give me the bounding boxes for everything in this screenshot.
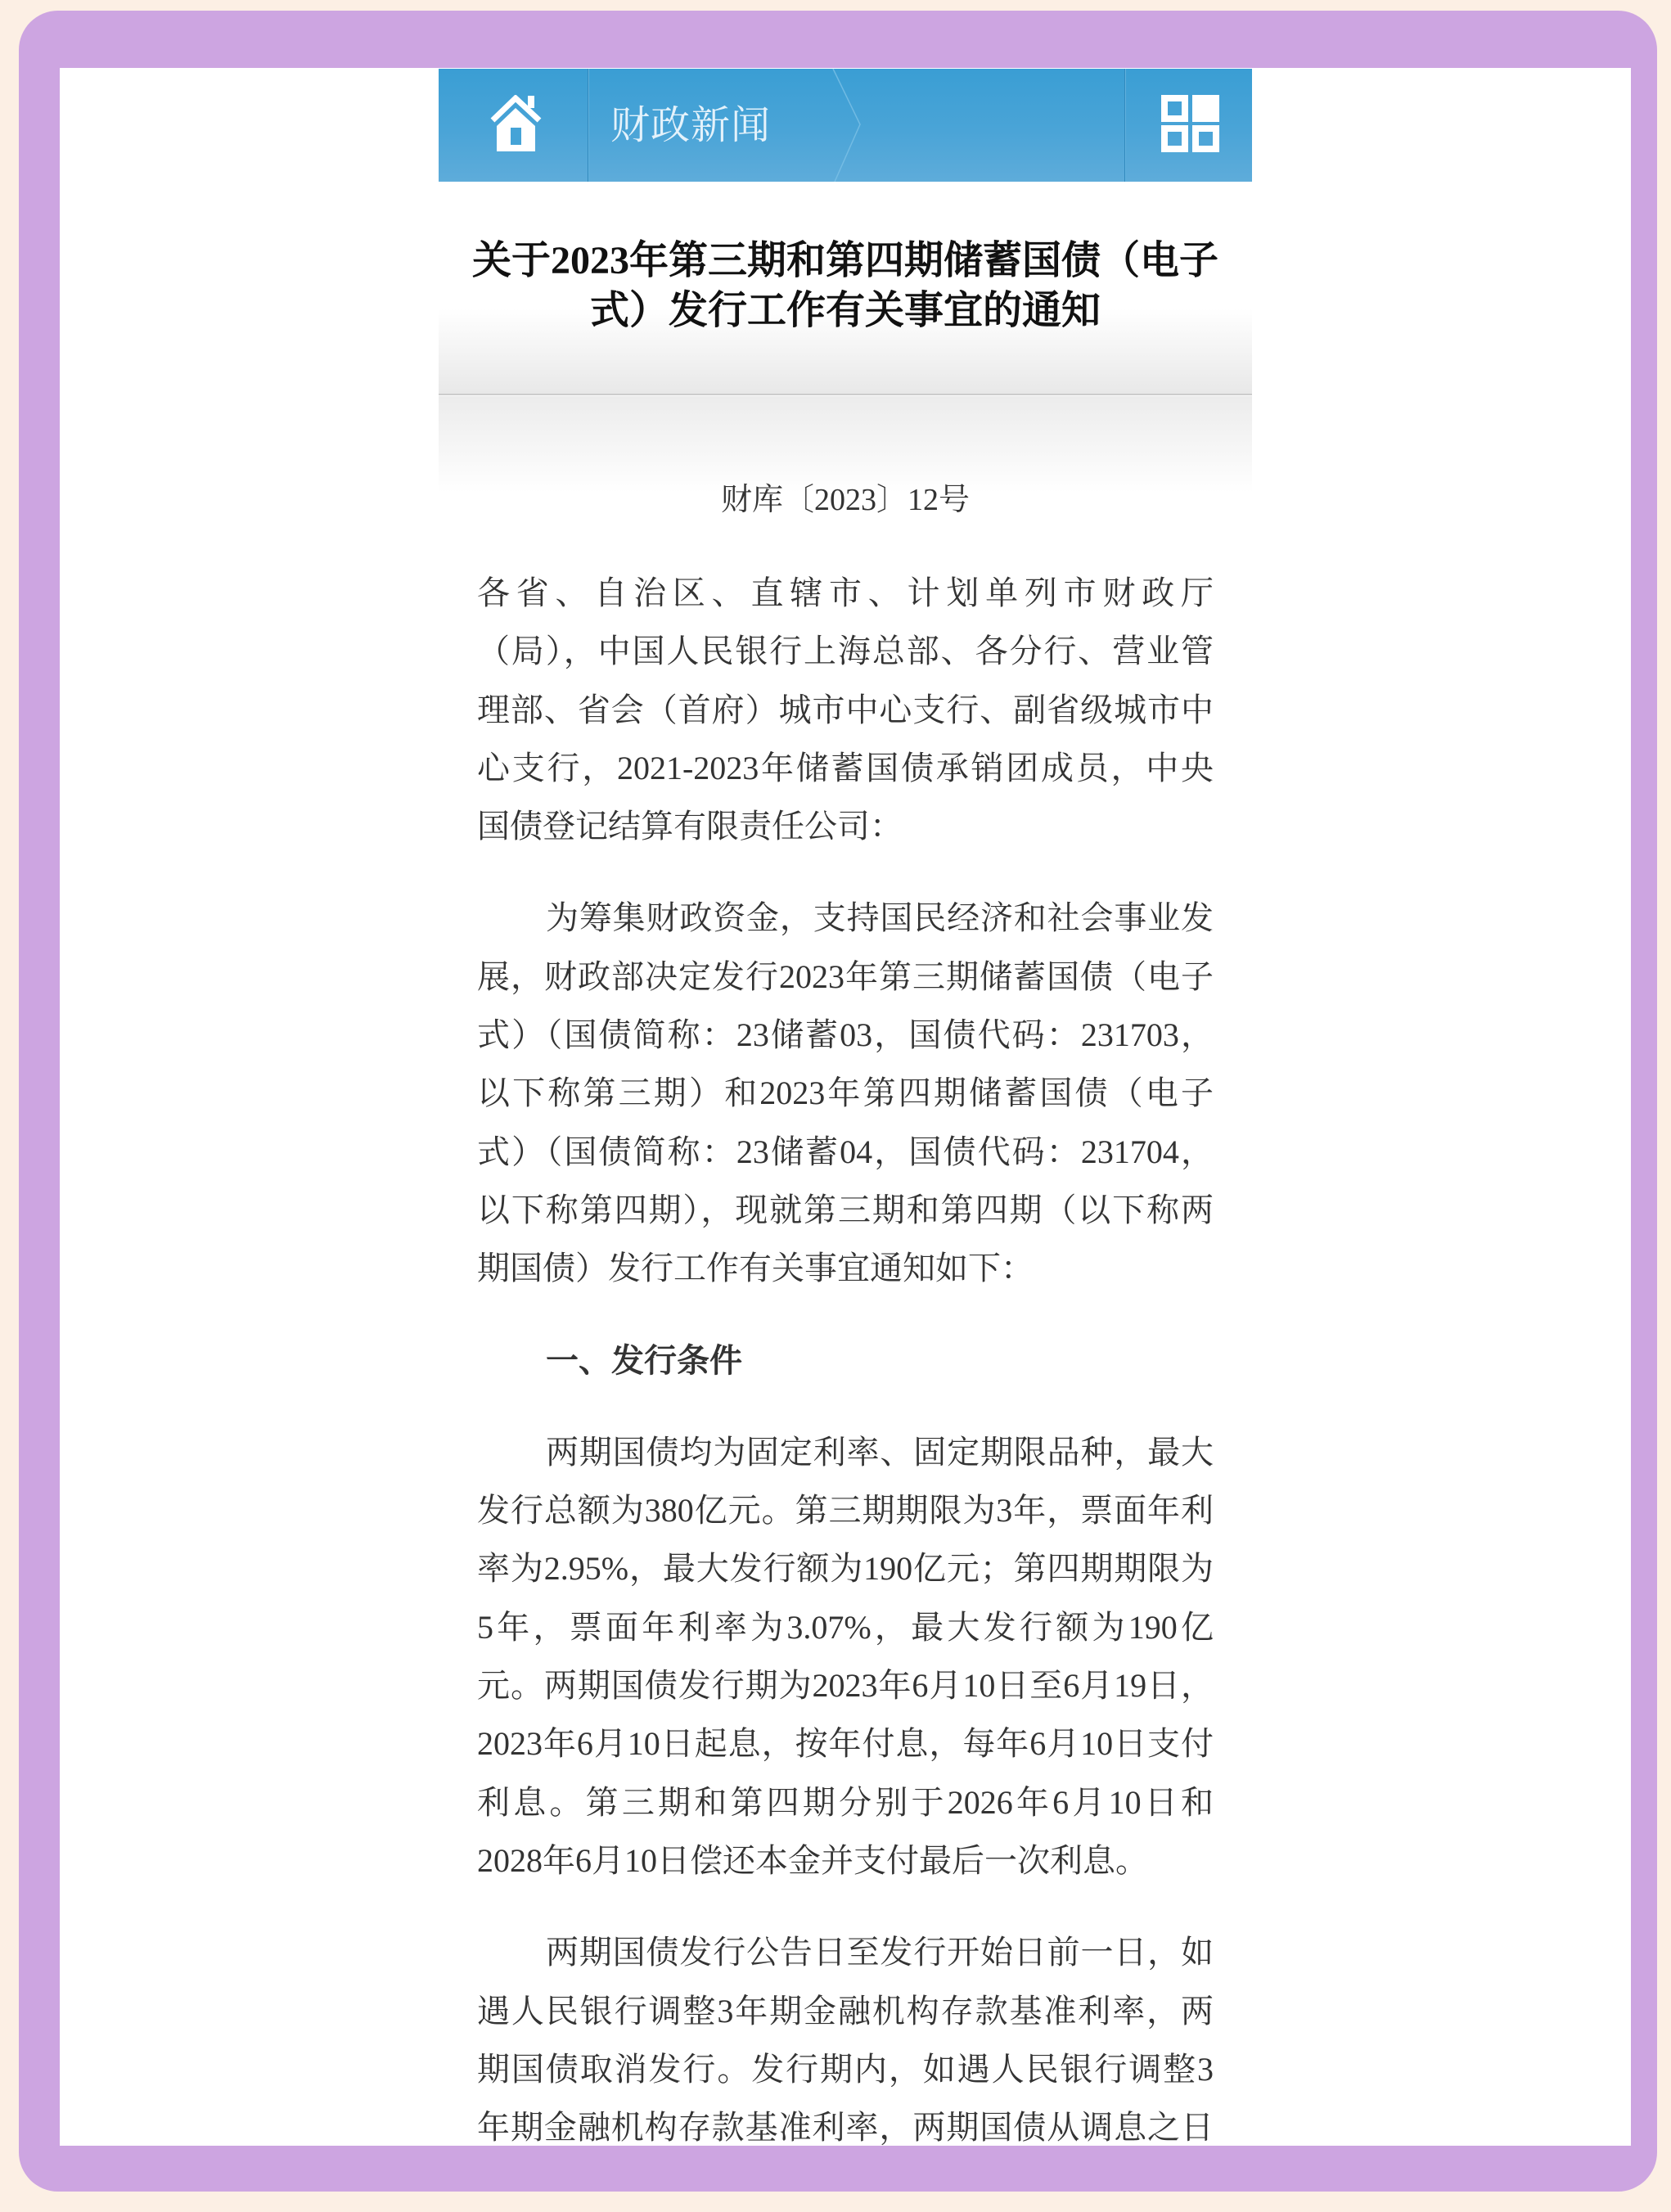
breadcrumb-chevron-icon (831, 69, 864, 182)
home-button[interactable] (439, 69, 588, 182)
paragraph-intro: 为筹集财政资金，支持国民经济和社会事业发 展，财政部决定发行2023年第三期储蓄… (477, 889, 1214, 1297)
text-line: 理部、省会（首府）城市中心支行、副省级城市中 (477, 681, 1214, 739)
section-heading-text: 一、发行条件 (477, 1331, 1214, 1390)
page-panel: 财政新闻 关于2023年第三期和第四期储蓄国债（电子 式）发行工作有关事宜的通知… (60, 68, 1631, 2146)
paragraph-issuance-terms: 两期国债均为固定利率、固定期限品种，最大 发行总额为380亿元。第三期期限为3年… (477, 1423, 1214, 1890)
text-line: 遇人民银行调整3年期金融机构存款基准利率，两 (477, 1982, 1214, 2040)
text-line: 心支行，2021-2023年储蓄国债承销团成员，中央 (477, 739, 1214, 797)
section-title: 财政新闻 (610, 69, 771, 182)
text-line: 为筹集财政资金，支持国民经济和社会事业发 (477, 889, 1214, 947)
text-line: 元。两期国债发行期为2023年6月10日至6月19日， (477, 1656, 1214, 1714)
text-line: 式）（国债简称：23储蓄04，国债代码：231704， (477, 1123, 1214, 1181)
text-line: 率为2.95%，最大发行额为190亿元；第四期期限为 (477, 1539, 1214, 1597)
text-line: 以下称第三期）和2023年第四期储蓄国债（电子 (477, 1064, 1214, 1122)
home-icon (490, 95, 543, 152)
text-line: 期国债）发行工作有关事宜通知如下： (477, 1239, 1214, 1297)
text-line: 2023年6月10日起息，按年付息，每年6月10日支付 (477, 1714, 1214, 1773)
text-line: 2028年6月10日偿还本金并支付最后一次利息。 (477, 1831, 1214, 1890)
text-line: 两期国债均为固定利率、固定期限品种，最大 (477, 1423, 1214, 1481)
text-line: （局），中国人民银行上海总部、各分行、营业管 (477, 622, 1214, 680)
text-line: 式）（国债简称：23储蓄03，国债代码：231703， (477, 1006, 1214, 1064)
text-line: 年期金融机构存款基准利率，两期国债从调息之日 (477, 2098, 1214, 2146)
grid-menu-icon (1161, 95, 1220, 152)
menu-grid-button[interactable] (1124, 69, 1253, 182)
title-shadow (439, 396, 1252, 493)
top-nav-bar: 财政新闻 (439, 69, 1252, 182)
text-line: 以下称第四期），现就第三期和第四期（以下称两 (477, 1181, 1214, 1239)
text-line: 利息。第三期和第四期分别于2026年6月10日和 (477, 1773, 1214, 1831)
article-title-line-1: 关于2023年第三期和第四期储蓄国债（电子 (439, 236, 1252, 286)
text-line: 发行总额为380亿元。第三期期限为3年，票面年利 (477, 1481, 1214, 1539)
article-title: 关于2023年第三期和第四期储蓄国债（电子 式）发行工作有关事宜的通知 (439, 182, 1252, 394)
section-heading: 一、发行条件 (477, 1331, 1214, 1390)
article-body: 各省、自治区、直辖市、计划单列市财政厅 （局），中国人民银行上海总部、各分行、营… (477, 564, 1214, 2146)
text-line: 5年，票面年利率为3.07%，最大发行额为190亿 (477, 1598, 1214, 1656)
paragraph-rate-adjustment: 两期国债发行公告日至发行开始日前一日，如 遇人民银行调整3年期金融机构存款基准利… (477, 1923, 1214, 2146)
document-number: 财库〔2023〕12号 (439, 480, 1252, 520)
text-line: 期国债取消发行。发行期内，如遇人民银行调整3 (477, 2040, 1214, 2098)
text-line: 国债登记结算有限责任公司： (477, 797, 1214, 855)
article-title-line-2: 式）发行工作有关事宜的通知 (439, 286, 1252, 336)
text-line: 展，财政部决定发行2023年第三期储蓄国债（电子 (477, 948, 1214, 1006)
text-line: 各省、自治区、直辖市、计划单列市财政厅 (477, 564, 1214, 622)
text-line: 两期国债发行公告日至发行开始日前一日，如 (477, 1923, 1214, 1981)
paragraph-addressees: 各省、自治区、直辖市、计划单列市财政厅 （局），中国人民银行上海总部、各分行、营… (477, 564, 1214, 855)
